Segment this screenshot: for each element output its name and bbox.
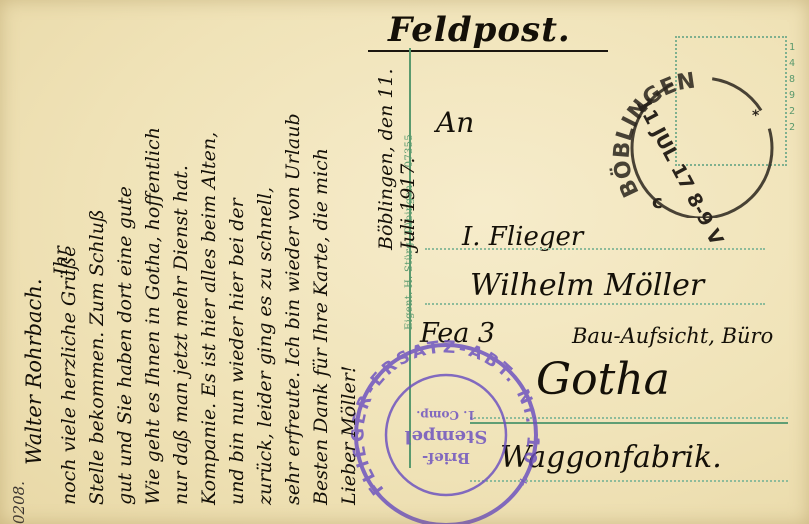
address-line: [425, 248, 765, 250]
code-digit: 4: [786, 56, 798, 72]
letter-line: zurück, leider ging es zu schnell,: [254, 187, 276, 505]
address-prefix: An: [436, 106, 474, 139]
letter-salutation: Lieber Möller!: [338, 366, 360, 505]
address-office: Bau-Aufsicht, Büro: [572, 324, 773, 348]
postcard: Feldpost. Eigent. H. Stürg, Tübingen. 07…: [0, 0, 809, 524]
svg-text:1. Comp.: 1. Comp.: [416, 408, 476, 422]
letter-signature: Walter Rohrbach.: [22, 278, 46, 465]
letter-place-date: Böblingen, den 11. Juli 1917.: [375, 35, 419, 250]
address-name: Wilhelm Möller: [470, 268, 704, 303]
letter-line: gut und Sie haben dort eine gute: [114, 186, 136, 505]
letter-line: Wie geht es Ihnen in Gotha, hoffentlich: [142, 127, 164, 505]
svg-text:Brief-: Brief-: [422, 449, 470, 467]
letter-line: Kompanie. Es ist hier alles beim Alten,: [198, 132, 220, 505]
code-digit: 8: [786, 72, 798, 88]
letter-line: Besten Dank für Ihre Karte, die mich: [310, 148, 332, 505]
address-line: [425, 303, 765, 305]
code-digit: 9: [786, 88, 798, 104]
code-digit: 1: [786, 40, 798, 56]
svg-text:*: *: [752, 108, 760, 124]
letter-line: Stelle bekommen. Zum Schluß: [86, 209, 108, 505]
catalog-number: 0208.: [10, 481, 28, 524]
svg-text:Stempel: Stempel: [404, 426, 487, 447]
letter-line: nur daß man jetzt mehr Dienst hat.: [170, 165, 192, 505]
letter-body: Böblingen, den 11. Juli 1917. Lieber Möl…: [20, 35, 410, 505]
letter-closing: Ihr: [50, 246, 72, 275]
svg-text:c: c: [652, 192, 663, 213]
letter-line: noch viele herzliche Grüße: [58, 246, 80, 505]
letter-line: sehr erfreute. Ich bin wieder von Urlaub: [282, 113, 304, 505]
stamp-box-code: 1 4 8 9 2 2: [786, 40, 798, 136]
letter-line: und bin nun wieder hier bei der: [226, 198, 248, 505]
code-digit: 2: [786, 104, 798, 120]
code-digit: 2: [786, 120, 798, 136]
address-city: Gotha: [536, 354, 670, 405]
